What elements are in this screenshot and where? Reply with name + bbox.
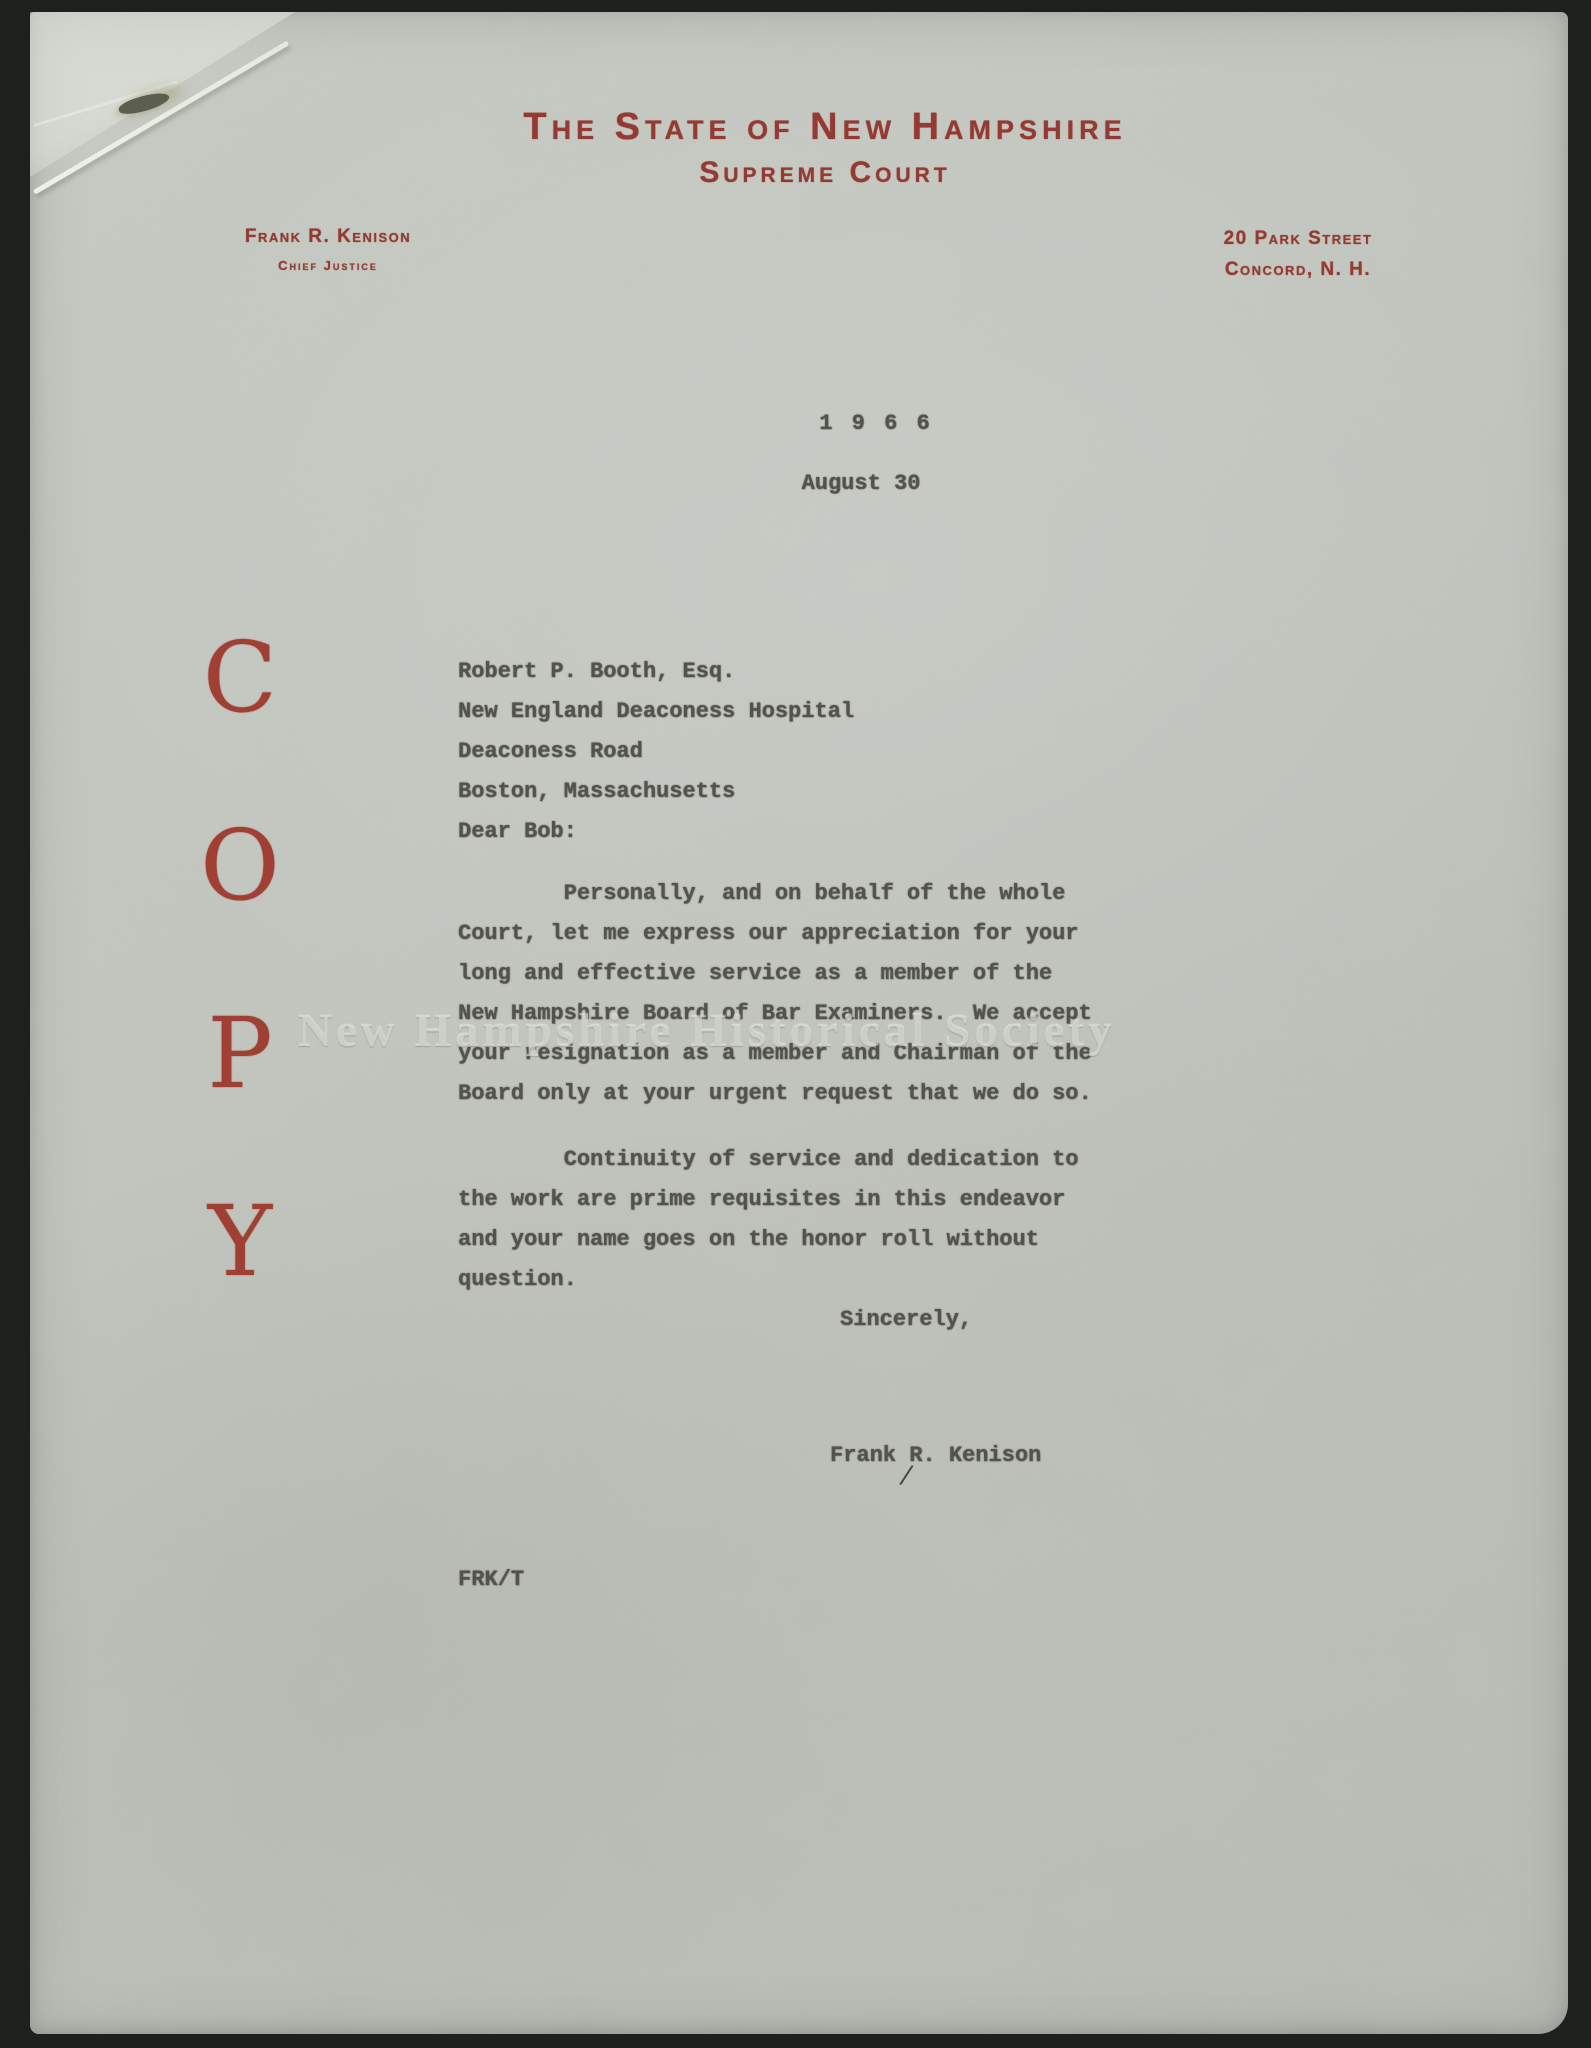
official-name: Frank R. Kenison (178, 226, 478, 248)
court-city: Concord, N. H. (1148, 259, 1448, 281)
recipient-address: Robert P. Booth, Esq.New England Deacone… (458, 652, 854, 812)
body-paragraph-1: Personally, and on behalf of the wholeCo… (458, 874, 1092, 1114)
date-day: August 30 (696, 464, 1026, 504)
court-street: 20 Park Street (1148, 228, 1448, 250)
salutation: Dear Bob: (458, 812, 577, 852)
watermark-text: New Hampshire Historical Society (298, 1004, 1278, 1058)
scan-background: The State of New Hampshire Supreme Court… (0, 0, 1591, 2048)
court-address-block: 20 Park Street Concord, N. H. (1148, 228, 1448, 281)
letterhead-subtitle: Supreme Court (395, 156, 1255, 190)
official-title: Chief Justice (178, 258, 478, 273)
copy-stamp: COPY (178, 584, 302, 1336)
date-year: 1 9 6 6 (696, 404, 1056, 444)
valediction: Sincerely, (840, 1300, 972, 1340)
official-name-block: Frank R. Kenison Chief Justice (178, 226, 478, 273)
letterhead-title: The State of New Hampshire (395, 106, 1255, 149)
signature-name: Frank R. Kenison (830, 1436, 1041, 1476)
letter-paper: The State of New Hampshire Supreme Court… (30, 12, 1568, 2034)
typist-initials: FRK/T (458, 1560, 524, 1600)
body-paragraph-2: Continuity of service and dedication tot… (458, 1140, 1079, 1300)
